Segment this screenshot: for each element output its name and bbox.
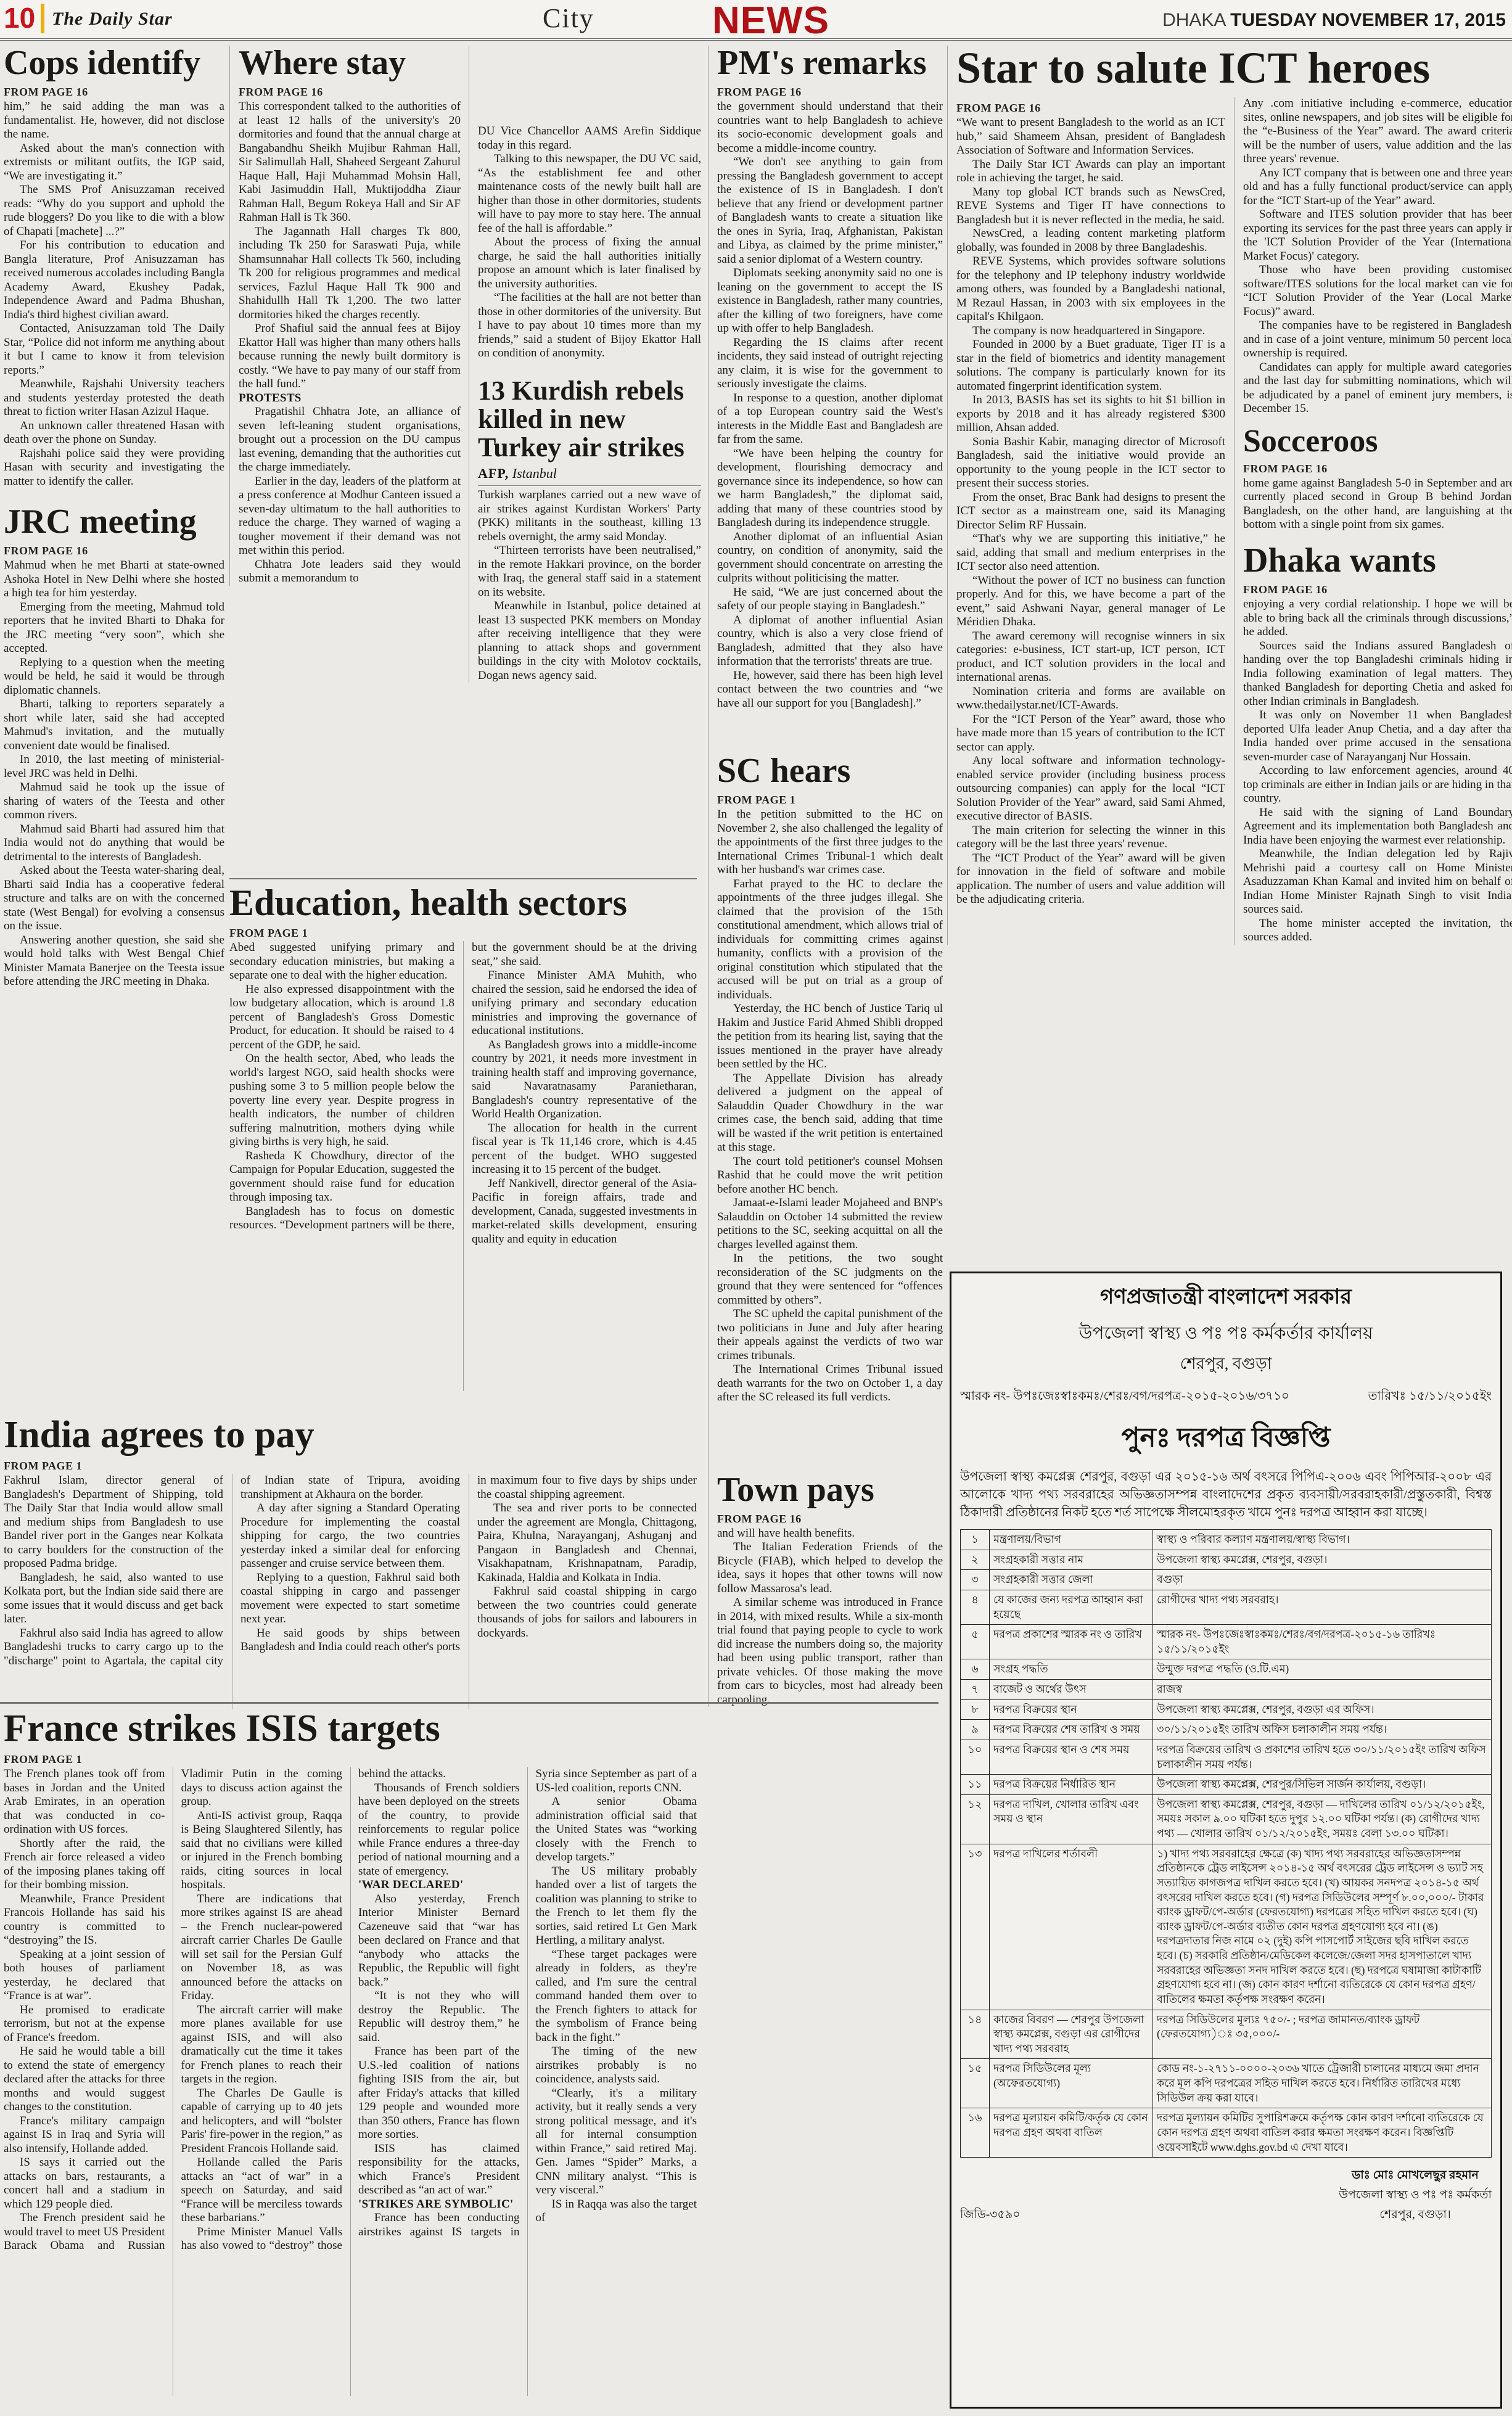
article-title: JRC meeting [4, 504, 224, 540]
article-title: Socceroos [1243, 425, 1512, 458]
paragraph: Diplomats seeking anonymity said no one … [717, 266, 943, 336]
article-title: Where stay [239, 46, 461, 81]
paragraph: The award ceremony will recognise winner… [956, 630, 1225, 685]
notice-table-cell: দরপত্র সিডিউলের মূল্যঃ ৭৫০/- ; দরপত্র জা… [1153, 2010, 1492, 2059]
notice-table-cell: দরপত্র মূল্যায়ন কমিটি/কর্তৃক যে কোন দরপ… [990, 2108, 1153, 2158]
paragraph: Candidates can apply for multiple award … [1243, 361, 1512, 416]
notice-table-cell: সংগ্রহকারী সত্তার নাম [990, 1550, 1153, 1570]
dateline-date: TUESDAY NOVEMBER 17, 2015 [1230, 10, 1506, 30]
paragraph: He, however, said there has been high le… [717, 669, 943, 711]
paragraph: Also yesterday, French Interior Minister… [358, 1892, 520, 1990]
signatory-place: শেরপুর, বগুড়া। [1379, 2208, 1451, 2221]
notice-table-cell: ৬ [961, 1659, 990, 1680]
paragraph: “We have been helping the country for de… [717, 447, 943, 530]
paragraph: home game against Bangladesh 5-0 in Sept… [1243, 477, 1512, 532]
from-page-label: FROM PAGE 16 [4, 86, 224, 99]
paragraph: Any ICT company that is between one and … [1243, 166, 1512, 208]
notice-title: পুনঃ দরপত্র বিজ্ঞপ্তি [960, 1417, 1492, 1462]
article-pms-remarks: PM's remarks FROM PAGE 16 the government… [717, 46, 943, 710]
article-where-stay-continuation: DU Vice Chancellor AAMS Arefin Siddique … [478, 125, 701, 361]
paragraph: Asked about the Teesta water-sharing dea… [4, 864, 224, 934]
article-body: home game against Bangladesh 5-0 in Sept… [1243, 477, 1512, 532]
paragraph: ISIS has claimed responsibility for the … [358, 2142, 520, 2198]
notice-intro: উপজেলা স্বাস্থ্য কমপ্লেক্স শেরপুর, বগুড়… [960, 1468, 1492, 1522]
notice-table-cell: দরপত্র বিক্রয়ের শেষ তারিখ ও সময় [990, 1720, 1153, 1740]
column-d: PM's remarks FROM PAGE 16 the government… [708, 46, 943, 1707]
paragraph: PROTESTS [239, 392, 461, 406]
notice-table-cell: ৮ [961, 1699, 990, 1720]
paragraph: According to law enforcement agencies, a… [1243, 764, 1512, 806]
paragraph: The allocation for health in the current… [472, 1122, 697, 1177]
paragraph: Jeff Nankivell, director general of the … [472, 1177, 697, 1247]
from-page-label: FROM PAGE 16 [717, 1513, 943, 1526]
paragraph: Another diplomat of an influential Asian… [717, 530, 943, 586]
notice-table-row: ২সংগ্রহকারী সত্তার নামউপজেলা স্বাস্থ্য ক… [961, 1550, 1492, 1570]
paragraph: Meanwhile, France President Francois Hol… [4, 1892, 165, 1948]
dateline: DHAKA TUESDAY NOVEMBER 17, 2015 [1162, 10, 1506, 31]
paragraph: On the health sector, Abed, who leads th… [229, 1052, 454, 1149]
notice-table-row: ৮দরপত্র বিক্রয়ের স্থানউপজেলা স্বাস্থ্য … [961, 1699, 1492, 1720]
star-column-2: Any .com initiative including e-commerce… [1235, 97, 1512, 944]
paragraph: Abed suggested unifying primary and seco… [229, 941, 454, 983]
signatory-name: ডাঃ মোঃ মোখলেছুর রহমান [1352, 2169, 1479, 2182]
notice-table-cell: দরপত্র দাখিল, খোলার তারিখ এবং সময় ও স্থ… [990, 1794, 1153, 1844]
paragraph: “It is not they who will destroy the Rep… [358, 1989, 520, 2045]
paragraph: The timing of the new airstrikes probabl… [536, 2045, 697, 2087]
signatory-title: উপজেলা স্বাস্থ্য ও পঃ পঃ কর্মকর্তা [1339, 2188, 1492, 2201]
notice-table-cell: দরপত্র সিডিউলের মূল্য (অফেরতযোগ্য) [990, 2059, 1153, 2108]
notice-table-cell: দরপত্র প্রকাশের স্মারক নং ও তারিখ [990, 1625, 1153, 1659]
paragraph: Anti-IS activist group, Raqqa is Being S… [181, 1809, 343, 1892]
article-body: “We want to present Bangladesh to the wo… [956, 116, 1225, 907]
notice-table-cell: সংগ্রহকারী সত্তার জেলা [990, 1570, 1153, 1590]
paragraph: Thousands of French soldiers have been d… [358, 1781, 520, 1879]
notice-memo-number: স্মারক নং- উপঃজেঃস্বাঃকমঃ/শেরঃ/বগ/দরপত্র… [960, 1387, 1289, 1407]
paragraph: In response to a question, another diplo… [717, 392, 943, 447]
paragraph: Mahmud said he took up the issue of shar… [4, 781, 224, 823]
paragraph: Answering another question, she said she… [4, 934, 224, 989]
paragraph: the government should understand that th… [717, 100, 943, 155]
article-education-health: Education, health sectors FROM PAGE 1 Ab… [229, 884, 697, 1391]
from-page-label: FROM PAGE 16 [1243, 462, 1512, 475]
from-page-label: FROM PAGE 16 [956, 102, 1225, 115]
paragraph: Rasheda K Chowdhury, director of the Cam… [229, 1149, 454, 1205]
paragraph: “Without the power of ICT no business ca… [956, 574, 1225, 630]
star-column-1: FROM PAGE 16 “We want to present Banglad… [956, 97, 1235, 944]
notice-table-cell: ২ [961, 1550, 990, 1570]
paragraph: For the “ICT Person of the Year” award, … [956, 713, 1225, 755]
notice-table-row: ৫দরপত্র প্রকাশের স্মারক নং ও তারিখস্মারক… [961, 1625, 1492, 1659]
notice-table-cell: উপজেলা স্বাস্থ্য কমপ্লেক্স, শেরপুর, বগুড… [1153, 1550, 1492, 1570]
article-kurdish-rebels: 13 Kurdish rebels killed in new Turkey a… [478, 377, 701, 683]
notice-place-line: শেরপুর, বগুড়া [960, 1351, 1492, 1378]
notice-table-cell: রাজস্ব [1153, 1680, 1492, 1700]
notice-office-line: উপজেলা স্বাস্থ্য ও পঃ পঃ কর্মকর্তার কার্… [960, 1320, 1492, 1349]
spacer [478, 46, 701, 125]
paragraph: Talking to this newspaper, the DU VC sai… [478, 152, 701, 236]
article-france-strikes: France strikes ISIS targets FROM PAGE 1 … [4, 1709, 697, 2396]
from-page-label: FROM PAGE 1 [4, 1460, 697, 1473]
star-columns: FROM PAGE 16 “We want to present Banglad… [956, 97, 1512, 944]
notice-table-cell: দরপত্র বিক্রয়ের স্থান ও শেষ সময় [990, 1740, 1153, 1774]
article-title: SC hears [717, 754, 943, 789]
notice-table-cell: ৩০/১১/২০১৫ইং তারিখ অফিস চলাকালীন সময় পর… [1153, 1720, 1492, 1740]
tender-notice-box: গণপ্রজাতন্ত্রী বাংলাদেশ সরকার উপজেলা স্ব… [950, 1272, 1502, 2409]
paragraph: Sonia Bashir Kabir, managing director of… [956, 435, 1225, 491]
notice-table-row: ১৬দরপত্র মূল্যায়ন কমিটি/কর্তৃক যে কোন দ… [961, 2108, 1492, 2158]
article-cops-identify: Cops identify FROM PAGE 16 him,” he said… [4, 46, 224, 488]
notice-memo-row: স্মারক নং- উপঃজেঃস্বাঃকমঃ/শেরঃ/বগ/দরপত্র… [960, 1387, 1492, 1407]
paragraph: “Thirteen terrorists have been neutralis… [478, 544, 701, 599]
paragraph: Speaking at a joint session of both hous… [4, 1948, 165, 2003]
paragraph: From the onset, Brac Bank had designs to… [956, 491, 1225, 533]
paragraph: The main criterion for selecting the win… [956, 824, 1225, 852]
paragraph: and will have health benefits. [717, 1527, 943, 1541]
paragraph: The company is now headquartered in Sing… [956, 324, 1225, 339]
paragraph: The companies have to be registered in B… [1243, 319, 1512, 361]
article-body: Any .com initiative including e-commerce… [1243, 97, 1512, 416]
paragraph: IS says it carried out the attacks on ba… [4, 2156, 165, 2211]
article-body: Mahmud when he met Bharti at state-owned… [4, 559, 224, 989]
article-india-agrees: India agrees to pay FROM PAGE 1 Fakhrul … [4, 1416, 697, 1709]
notice-table-row: ১৪কাজের বিবরণ — শেরপুর উপজেলা স্বাস্থ্য … [961, 2010, 1492, 2059]
divider-rule [0, 1702, 939, 1704]
notice-table-cell: ১) খাদ্য পথ্য সরবরাহের ক্ষেত্রে (ক) খাদ্… [1153, 1844, 1492, 2010]
paragraph: DU Vice Chancellor AAMS Arefin Siddique … [478, 125, 701, 152]
paragraph: Hollande called the Paris attacks an “ac… [181, 2156, 343, 2225]
paragraph: The Jagannath Hall charges Tk 800, inclu… [239, 225, 461, 323]
article-body: the government should understand that th… [717, 100, 943, 710]
article-body: The French planes took off from bases in… [4, 1767, 697, 2396]
notice-table-cell: ৯ [961, 1720, 990, 1740]
paragraph: As Bangladesh grows into a middle-income… [472, 1038, 697, 1122]
notice-table-row: ১৫দরপত্র সিডিউলের মূল্য (অফেরতযোগ্য)কোড … [961, 2059, 1492, 2108]
paragraph: In the petition submitted to the HC on N… [717, 808, 943, 877]
paragraph: The International Crimes Tribunal issued… [717, 1363, 943, 1405]
article-body: This correspondent talked to the authori… [239, 100, 461, 586]
notice-table-row: ৭বাজেট ও অর্থের উৎসরাজস্ব [961, 1680, 1492, 1700]
paragraph: In 2010, the last meeting of ministerial… [4, 753, 224, 781]
paragraph: Replying to a question, Fakhrul said bot… [240, 1571, 460, 1627]
newspaper-page: { "page": { "number": "10", "masthead": … [0, 0, 1512, 2416]
paragraph: Sources said the Indians assured Banglad… [1243, 639, 1512, 709]
paragraph: Mahmud said Bharti had assured him that … [4, 823, 224, 865]
section-title-city: City [543, 2, 594, 34]
section-star-ict: Star to salute ICT heroes FROM PAGE 16 “… [947, 46, 1512, 945]
notice-table-cell: ১ [961, 1530, 990, 1550]
from-page-label: FROM PAGE 16 [717, 86, 943, 99]
paragraph: The SMS Prof Anisuzzaman received reads:… [4, 183, 224, 239]
notice-table-row: ১১দরপত্র বিক্রয়ের নির্ধারিত স্থানউপজেলা… [961, 1775, 1492, 1795]
notice-table-row: ১৩দরপত্র দাখিলের শর্তাবলী১) খাদ্য পথ্য স… [961, 1844, 1492, 2010]
paragraph: Rajshahi police said they were providing… [4, 447, 224, 489]
article-body: and will have health benefits.The Italia… [717, 1527, 943, 1707]
notice-table-row: ৬সংগ্রহ পদ্ধতিউন্মুক্ত দরপত্র পদ্ধতি (ও.… [961, 1659, 1492, 1680]
notice-government-line: গণপ্রজাতন্ত্রী বাংলাদেশ সরকার [960, 1281, 1492, 1316]
paragraph: Contacted, Anisuzzaman told The Daily St… [4, 322, 224, 377]
notice-table-cell: ১১ [961, 1775, 990, 1795]
paragraph: Emerging from the meeting, Mahmud told r… [4, 601, 224, 656]
article-socceroos: Socceroos FROM PAGE 16 home game against… [1243, 425, 1512, 532]
notice-table-cell: দরপত্র মূল্যায়ন কমিটির সুপারিশক্রমে কর্… [1153, 2108, 1492, 2158]
article-title: France strikes ISIS targets [4, 1709, 697, 1748]
from-page-label: FROM PAGE 1 [717, 794, 943, 807]
article-body: DU Vice Chancellor AAMS Arefin Siddique … [478, 125, 701, 361]
paragraph: Any local software and information techn… [956, 754, 1225, 824]
paragraph: 'STRIKES ARE SYMBOLIC' [358, 2198, 520, 2212]
paragraph: Mahmud when he met Bharti at state-owned… [4, 559, 224, 601]
page-number: 10 [4, 1, 35, 35]
paragraph: 'WAR DECLARED' [358, 1878, 520, 1892]
paragraph: Founded in 2000 by a Buet graduate, Tige… [956, 338, 1225, 393]
notice-table-cell: ১০ [961, 1740, 990, 1774]
from-page-label: FROM PAGE 1 [229, 927, 697, 940]
notice-date: তারিখঃ ১৫/১১/২০১৫ইং [1368, 1387, 1492, 1407]
notice-table-row: ১২দরপত্র দাখিল, খোলার তারিখ এবং সময় ও স… [961, 1794, 1492, 1844]
paragraph: The Charles De Gaulle is capable of carr… [181, 2087, 343, 2156]
notice-table-cell: ৫ [961, 1625, 990, 1659]
section-title-news: NEWS [712, 0, 829, 43]
paragraph: Nomination criteria and forms are availa… [956, 685, 1225, 713]
paragraph: He said, “We are just concerned about th… [717, 586, 943, 614]
paragraph: Pragatishil Chhatra Jote, an alliance of… [239, 405, 461, 475]
article-body: him,” he said adding the man was a funda… [4, 100, 224, 488]
paragraph: There are indications that more strikes … [181, 1892, 343, 2003]
notice-table-cell: যে কাজের জন্য দরপত্র আহ্বান করা হয়েছে [990, 1590, 1153, 1624]
from-page-label: FROM PAGE 16 [1243, 583, 1512, 596]
column-a: Cops identify FROM PAGE 16 him,” he said… [4, 46, 224, 989]
notice-table-cell: উপজেলা স্বাস্থ্য কমপ্লেক্স, শেরপুর/সিভিল… [1153, 1775, 1492, 1795]
paragraph: A diplomat of another influential Asian … [717, 614, 943, 669]
notice-table-cell: ৪ [961, 1590, 990, 1624]
paragraph: In 2013, BASIS has set its sights to hit… [956, 393, 1225, 435]
paragraph: He said he would table a bill to extend … [4, 2045, 165, 2114]
article-title: Education, health sectors [229, 884, 697, 922]
article-title: 13 Kurdish rebels killed in new Turkey a… [478, 377, 701, 462]
article-title: Star to salute ICT heroes [956, 46, 1512, 91]
paragraph: Fakhrul Islam, director general of Bangl… [4, 1474, 223, 1571]
masthead-logo: The Daily Star [52, 9, 173, 30]
notice-table-cell: রোগীদের খাদ্য পথ্য সরবরাহ। [1153, 1590, 1492, 1624]
paragraph: The home minister accepted the invitatio… [1243, 917, 1512, 945]
paragraph: He said with the signing of Land Boundar… [1243, 806, 1512, 848]
paragraph: enjoying a very cordial relationship. I … [1243, 598, 1512, 639]
article-town-pays: Town pays FROM PAGE 16 and will have hea… [717, 1473, 943, 1707]
notice-table-cell: দরপত্র দাখিলের শর্তাবলী [990, 1844, 1153, 2010]
notice-table-cell: দরপত্র বিক্রয়ের স্থান [990, 1699, 1153, 1720]
divider-rule [229, 878, 697, 879]
paragraph: Software and ITES solution provider that… [1243, 208, 1512, 263]
paragraph: The US military probably handed over a l… [536, 1865, 697, 1948]
notice-table-cell: ১৫ [961, 2059, 990, 2108]
paragraph: He also expressed disappointment with th… [229, 983, 454, 1053]
paragraph: A senior Obama administration official s… [536, 1795, 697, 1865]
article-where-stay: Where stay FROM PAGE 16 This corresponde… [239, 46, 461, 586]
paragraph: “We want to present Bangladesh to the wo… [956, 116, 1225, 158]
paragraph: “These target packages were already in f… [536, 1948, 697, 2045]
paragraph: him,” he said adding the man was a funda… [4, 100, 224, 142]
dateline-city: DHAKA [1162, 10, 1225, 30]
paragraph: The Appellate Division has already deliv… [717, 1072, 943, 1155]
paragraph: Many top global ICT brands such as NewsC… [956, 186, 1225, 228]
paragraph: Replying to a question when the meeting … [4, 656, 224, 698]
paragraph: Bangladesh, he said, also wanted to use … [4, 1571, 223, 1627]
article-body: Abed suggested unifying primary and seco… [229, 941, 697, 1391]
notice-table-cell: উপজেলা স্বাস্থ্য কমপ্লেক্স, শেরপুর, বগুড… [1153, 1699, 1492, 1720]
paragraph: Meanwhile, Rajshahi University teachers … [4, 377, 224, 419]
notice-table-cell: ১৬ [961, 2108, 990, 2158]
notice-signatory: ডাঃ মোঃ মোখলেছুর রহমান উপজেলা স্বাস্থ্য … [1339, 2166, 1492, 2225]
notice-table-cell: উপজেলা স্বাস্থ্য কমপ্লেক্স, শেরপুর, বগুড… [1153, 1794, 1492, 1844]
paragraph: The SC upheld the capital punishment of … [717, 1307, 943, 1363]
paragraph: “We don't see anything to gain from pres… [717, 155, 943, 266]
notice-table-cell: উন্মুক্ত দরপত্র পদ্ধতি (ও.টি.এম) [1153, 1659, 1492, 1680]
paragraph: “The facilities at the hall are not bett… [478, 291, 701, 361]
paragraph: It was only on November 11 when Banglade… [1243, 709, 1512, 764]
paragraph: He promised to eradicate terrorism, but … [4, 2003, 165, 2045]
paragraph: Those who have been providing customised… [1243, 263, 1512, 319]
byline: AFP, Istanbul [478, 466, 701, 486]
paragraph: The French planes took off from bases in… [4, 1767, 165, 1837]
paragraph: Any .com initiative including e-commerce… [1243, 97, 1512, 166]
article-jrc-meeting: JRC meeting FROM PAGE 16 Mahmud when he … [4, 504, 224, 989]
notice-table-cell: বগুড়া [1153, 1570, 1492, 1590]
paragraph: The “ICT Product of the Year” award will… [956, 852, 1225, 907]
notice-table-cell: ৭ [961, 1680, 990, 1700]
paragraph: The Daily Star ICT Awards can play an im… [956, 158, 1225, 186]
from-page-label: FROM PAGE 16 [4, 544, 224, 557]
from-page-label: FROM PAGE 1 [4, 1753, 697, 1766]
notice-table-cell: বাজেট ও অর্থের উৎস [990, 1680, 1153, 1700]
notice-table: ১মন্ত্রণালয়/বিভাগস্বাস্থ্য ও পরিবার কল্… [960, 1529, 1492, 2158]
article-body: Fakhrul Islam, director general of Bangl… [4, 1474, 697, 1709]
paragraph: “That's why we are supporting this initi… [956, 532, 1225, 574]
notice-table-cell: ১২ [961, 1794, 990, 1844]
notice-signature: জিডি-৩৫৯০ ডাঃ মোঃ মোখলেছুর রহমান উপজেলা … [960, 2166, 1492, 2225]
paragraph: Asked about the man's connection with ex… [4, 142, 224, 184]
notice-table-cell: কোড নং-১-২৭১১-০০০০-২০৩৬ খাতে ট্রেজারী চা… [1153, 2059, 1492, 2108]
paragraph: Fakhrul said coastal shipping in cargo b… [477, 1585, 697, 1640]
paragraph: The Italian Federation Friends of the Bi… [717, 1540, 943, 1596]
article-dhaka-wants: Dhaka wants FROM PAGE 16 enjoying a very… [1243, 543, 1512, 945]
notice-table-cell: দরপত্র বিক্রয়ের নির্ধারিত স্থান [990, 1775, 1153, 1795]
paragraph: Shortly after the raid, the French air f… [4, 1837, 165, 1892]
notice-table-cell: ৩ [961, 1570, 990, 1590]
paragraph: Earlier in the day, leaders of the platf… [239, 475, 461, 558]
paragraph: The court told petitioner's counsel Mohs… [717, 1155, 943, 1197]
notice-table-cell: কাজের বিবরণ — শেরপুর উপজেলা স্বাস্থ্য কম… [990, 2010, 1153, 2059]
paragraph: Finance Minister AMA Muhith, who chaired… [472, 969, 697, 1038]
article-title: PM's remarks [717, 46, 943, 81]
notice-table-row: ১০দরপত্র বিক্রয়ের স্থান ও শেষ সময়দরপত্… [961, 1740, 1492, 1774]
spacer [717, 710, 943, 754]
article-body: Turkish warplanes carried out a new wave… [478, 488, 701, 683]
page-header: 10 The Daily Star City NEWS DHAKA TUESDA… [0, 0, 1512, 41]
paragraph: Meanwhile in Istanbul, police detained a… [478, 599, 701, 683]
byline-agency: AFP, [478, 466, 509, 481]
paragraph: A similar scheme was introduced in Franc… [717, 1596, 943, 1707]
paragraph: Bharti, talking to reporters separately … [4, 697, 224, 753]
paragraph: This correspondent talked to the authori… [239, 100, 461, 225]
paragraph: France has been part of the U.S.-led coa… [358, 2045, 520, 2142]
paragraph: The sea and river ports to be connected … [477, 1502, 697, 1585]
notice-table-row: ৪যে কাজের জন্য দরপত্র আহ্বান করা হয়েছের… [961, 1590, 1492, 1624]
notice-table-row: ১মন্ত্রণালয়/বিভাগস্বাস্থ্য ও পরিবার কল্… [961, 1530, 1492, 1550]
paragraph: Prof Shafiul said the annual fees at Bij… [239, 322, 461, 392]
notice-gd-number: জিডি-৩৫৯০ [960, 2206, 1021, 2225]
article-body: enjoying a very cordial relationship. I … [1243, 598, 1512, 945]
paragraph: An unknown caller threatened Hasan with … [4, 419, 224, 447]
article-title: Cops identify [4, 46, 224, 81]
notice-table-cell: দরপত্র বিক্রয়ের তারিখ ও প্রকাশের তারিখ … [1153, 1740, 1492, 1774]
paragraph: In the petitions, the two sought reconsi… [717, 1252, 943, 1307]
column-b: Where stay FROM PAGE 16 This corresponde… [229, 46, 461, 586]
notice-table-row: ৯দরপত্র বিক্রয়ের শেষ তারিখ ও সময়৩০/১১/… [961, 1720, 1492, 1740]
paragraph: Chhatra Jote leaders said they would sub… [239, 558, 461, 586]
paragraph: Yesterday, the HC bench of Justice Tariq… [717, 1002, 943, 1072]
spacer [717, 1405, 943, 1473]
paragraph: REVE Systems, which provides software so… [956, 255, 1225, 324]
paragraph: About the process of fixing the annual c… [478, 236, 701, 291]
paragraph: A day after signing a Standard Operating… [240, 1502, 460, 1571]
notice-table-cell: মন্ত্রণালয়/বিভাগ [990, 1530, 1153, 1550]
column-c: DU Vice Chancellor AAMS Arefin Siddique … [469, 46, 701, 683]
notice-table-cell: সংগ্রহ পদ্ধতি [990, 1659, 1153, 1680]
paragraph: “Clearly, it's a military activity, but … [536, 2087, 697, 2198]
article-body: In the petition submitted to the HC on N… [717, 808, 943, 1405]
paragraph: The aircraft carrier will make more plan… [181, 2003, 343, 2087]
paragraph: NewsCred, a leading content marketing pl… [956, 227, 1225, 255]
article-title: Town pays [717, 1473, 943, 1508]
paragraph: France's military campaign against IS in… [4, 2114, 165, 2156]
article-title: Dhaka wants [1243, 543, 1512, 578]
byline-place: Istanbul [512, 466, 557, 481]
notice-table-cell: স্বাস্থ্য ও পরিবার কল্যাণ মন্ত্রণালয়/স্… [1153, 1530, 1492, 1550]
paragraph: Meanwhile, the Indian delegation led by … [1243, 847, 1512, 917]
paragraph: Farhat prayed to the HC to declare the a… [717, 877, 943, 1003]
article-title: India agrees to pay [4, 1416, 697, 1455]
notice-table-cell: ১৩ [961, 1844, 990, 2010]
paragraph: For his contribution to education and Ba… [4, 239, 224, 322]
header-accent-bar [41, 4, 44, 33]
notice-table-cell: ১৪ [961, 2010, 990, 2059]
from-page-label: FROM PAGE 16 [239, 86, 461, 99]
notice-table-row: ৩সংগ্রহকারী সত্তার জেলাবগুড়া [961, 1570, 1492, 1590]
paragraph: Turkish warplanes carried out a new wave… [478, 488, 701, 544]
notice-table-cell: স্মারক নং- উপঃজেঃস্বাঃকমঃ/শেরঃ/বগ/দরপত্র… [1153, 1625, 1492, 1659]
paragraph: Jamaat-e-Islami leader Mojaheed and BNP'… [717, 1196, 943, 1252]
article-sc-hears: SC hears FROM PAGE 1 In the petition sub… [717, 754, 943, 1405]
paragraph: IS in Raqqa was also the target of [536, 2198, 697, 2225]
paragraph: Regarding the IS claims after recent inc… [717, 336, 943, 392]
